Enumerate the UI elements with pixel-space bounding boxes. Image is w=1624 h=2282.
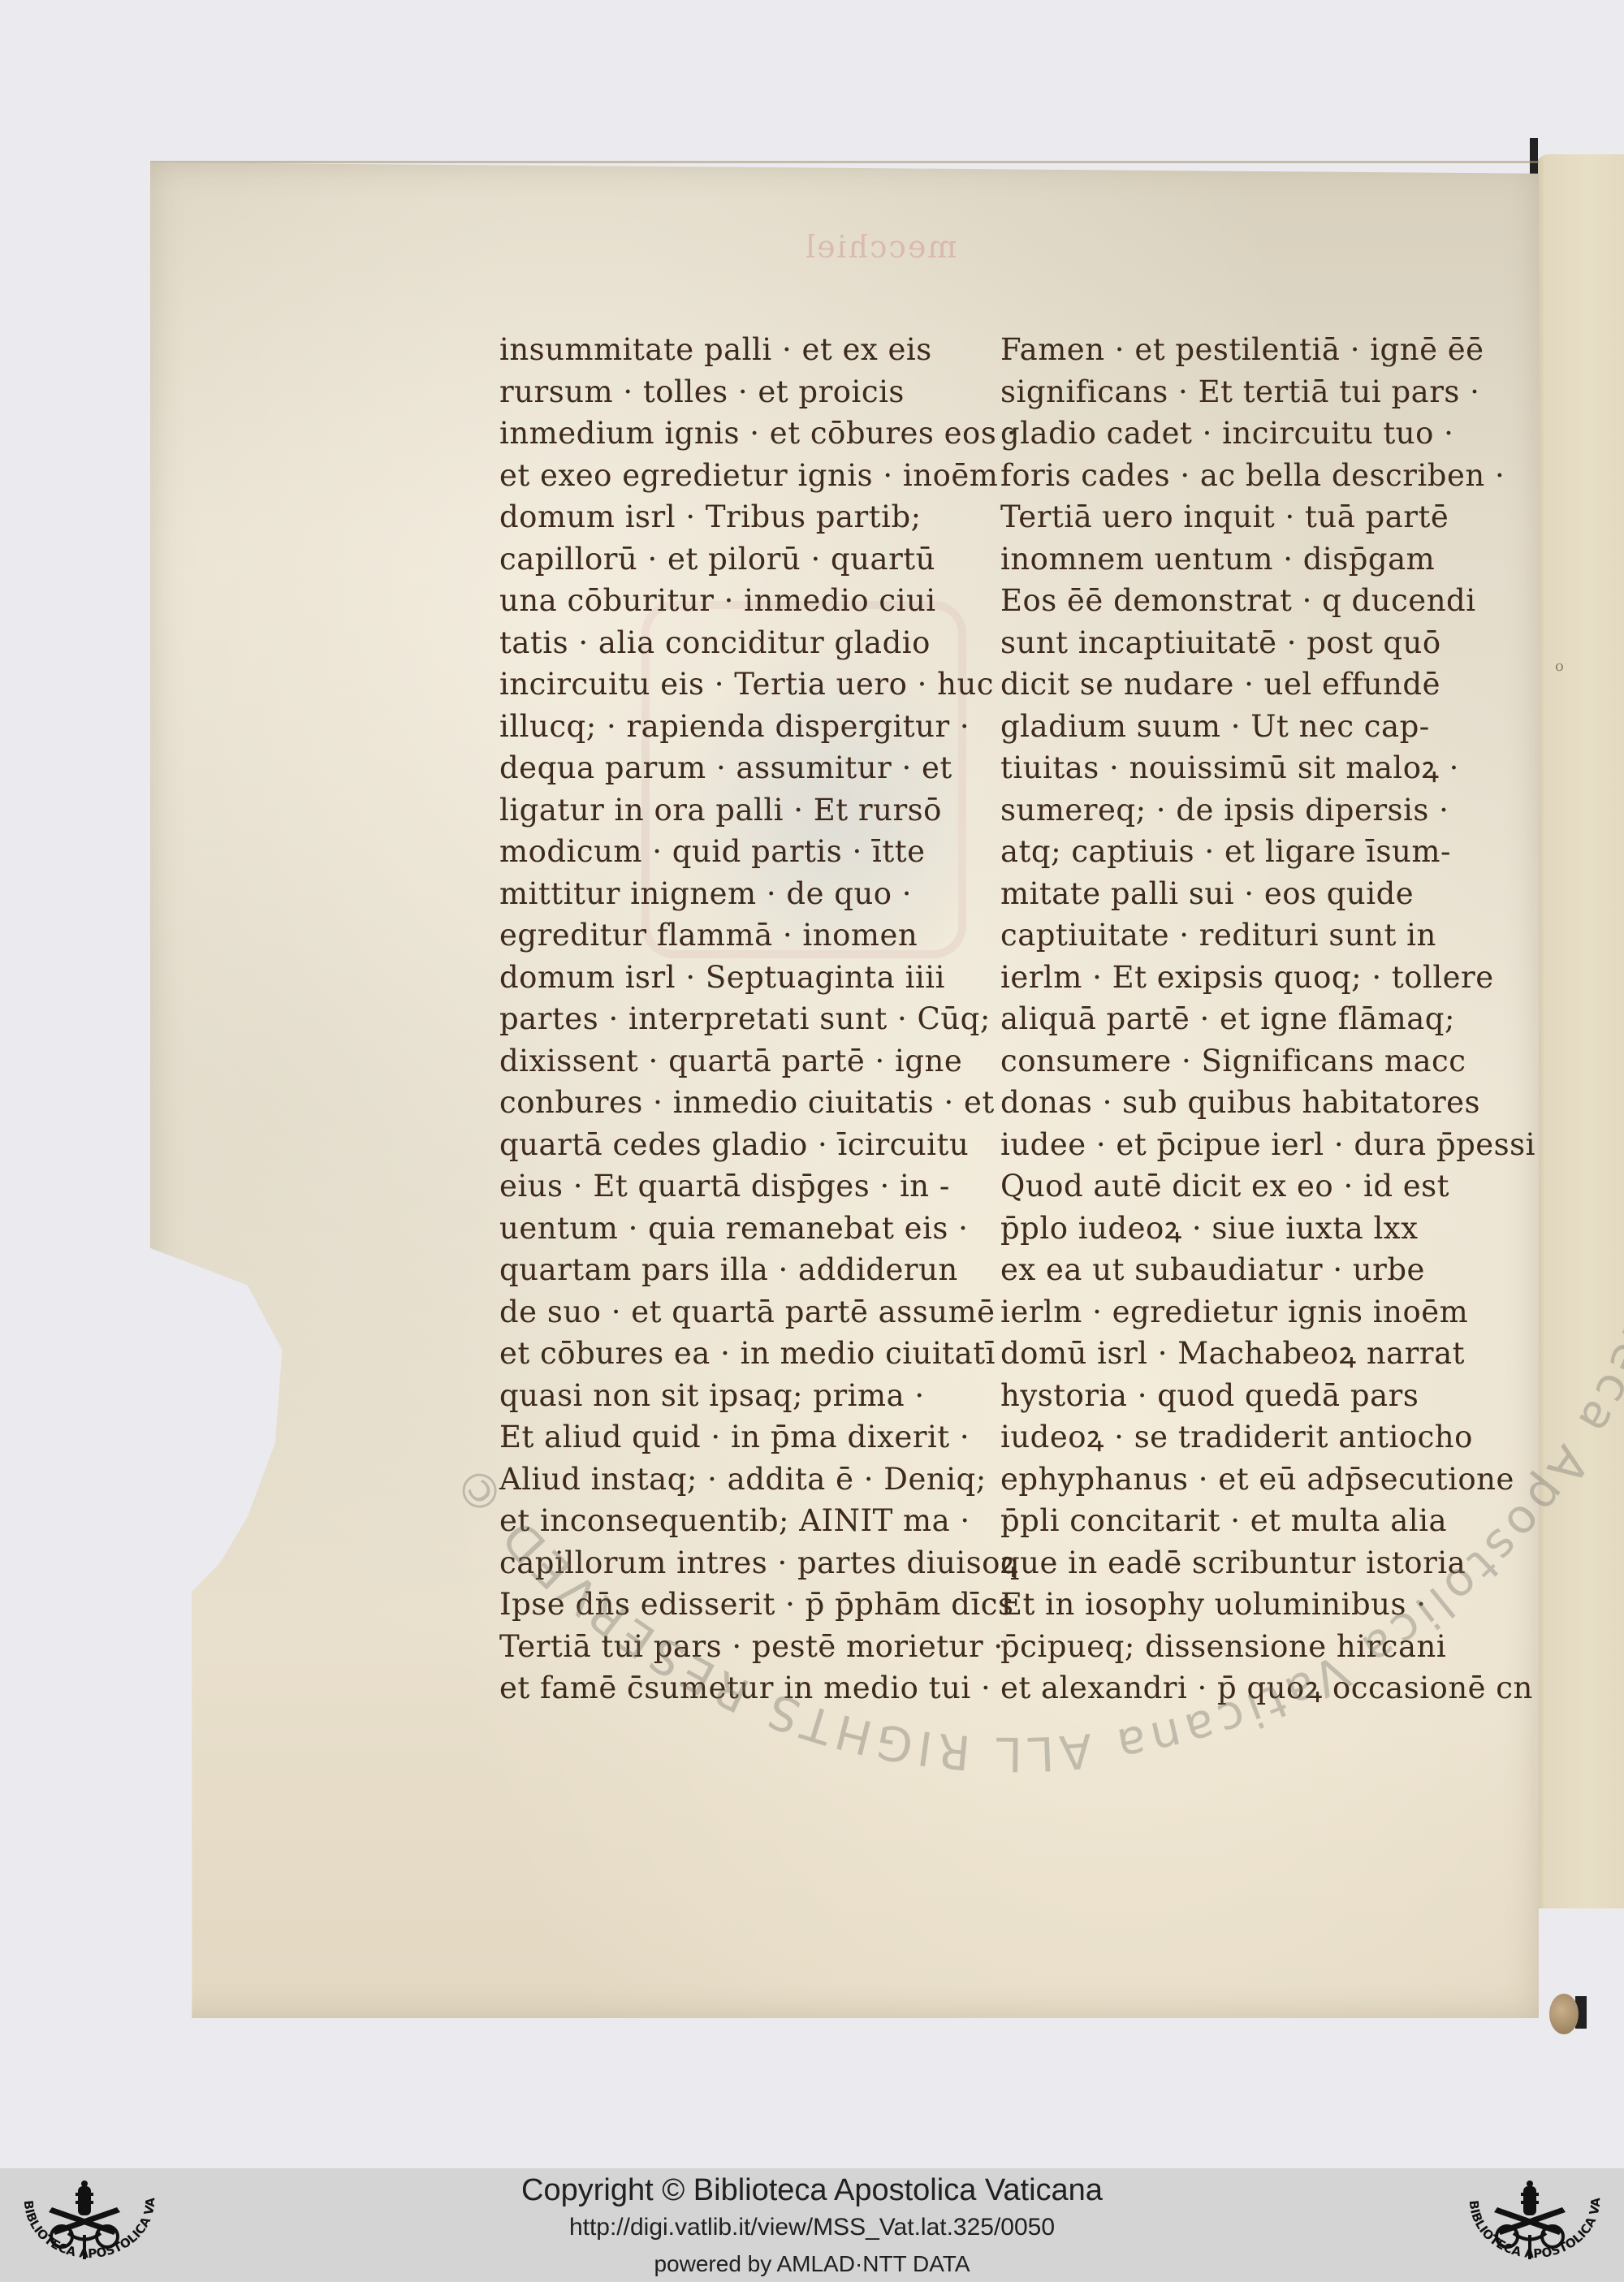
manuscript-line: domum isrl · Tribus partib; [499, 496, 938, 538]
manuscript-line: insummitate palli · et ex eis [499, 329, 938, 371]
powered-by: powered by AMLAD·NTT DATA [0, 2251, 1624, 2277]
manuscript-line: p̄cipueq; dissensione hircani [1000, 1626, 1455, 1668]
manuscript-line: mitate palli sui · eos quide [1000, 873, 1455, 915]
manuscript-line: aliquā partē · et igne flāmaq; [1000, 998, 1455, 1040]
text-column-left: insummitate palli · et ex eisrursum · to… [499, 329, 938, 1709]
manuscript-line: ierlm · Et exipsis quoq; · tollere [1000, 957, 1455, 999]
manuscript-line: ligatur in ora palli · Et rursō [499, 789, 938, 832]
binding-shadow [1530, 138, 1538, 179]
manuscript-line: eius · Et quartā disp̄ges · in - [499, 1165, 938, 1208]
manuscript-line: p̄pli concitarit · et multa alia [1000, 1500, 1455, 1542]
manuscript-line: ex ea ut subaudiatur · urbe [1000, 1249, 1455, 1291]
svg-text:BIBLIOTECA APOSTOLICA VATICANA: BIBLIOTECA APOSTOLICA VATICANA [0, 2168, 158, 2261]
manuscript-line: quartam pars illa · addiderun [499, 1249, 938, 1291]
manuscript-line: incircuitu eis · Tertia uero · huc [499, 663, 938, 706]
manuscript-line: et cōbures ea · in medio ciuitatī [499, 1333, 938, 1375]
manuscript-line: Tertiā tui pars · pestē morietur · [499, 1626, 938, 1668]
manuscript-line: quartā cedes gladio · īcircuitu [499, 1124, 938, 1166]
manuscript-line: consumere · Significans macc [1000, 1040, 1455, 1083]
manuscript-line: significans · Et tertiā tui pars · [1000, 371, 1455, 413]
manuscript-line: una cōburitur · inmedio ciui [499, 580, 938, 622]
vatican-library-logo-left: BIBLIOTECA APOSTOLICA VATICANA [0, 2168, 179, 2282]
manuscript-line: Quod autē dicit ex eo · id est [1000, 1165, 1455, 1208]
manuscript-line: Et aliud quid · in p̄ma dixerit · [499, 1416, 938, 1459]
manuscript-line: Ipse dn̄s edisserit · p̄ p̄phām dīcs [499, 1584, 938, 1626]
manuscript-line: sumereq; · de ipsis dipersis · [1000, 789, 1455, 832]
folio-top-edge [150, 161, 1539, 163]
manuscript-line: dicit se nudare · uel effundē [1000, 663, 1455, 706]
manuscript-line: modicum · quid partis · ītte [499, 831, 938, 873]
manuscript-line: et alexandri · p̄ quoꝝ occasionē cn [1000, 1667, 1455, 1709]
manuscript-line: Famen · et pestilentiā · ignē ēē [1000, 329, 1455, 371]
manuscript-line: et famē c̄sumetur in medio tui · [499, 1667, 938, 1709]
manuscript-line: foris cades · ac bella describen · [1000, 455, 1455, 497]
manuscript-line: de suo · et quartā partē assumē [499, 1291, 938, 1333]
next-folio-mark: o [1555, 658, 1564, 675]
manuscript-line: domum isrl · Septuaginta iiii [499, 957, 938, 999]
manuscript-line: ephyphanus · et eū adp̄secutione [1000, 1459, 1455, 1501]
manuscript-line: et inconsequentib; AINIT ma · [499, 1500, 938, 1542]
logo-text: BIBLIOTECA APOSTOLICA VATICANA [0, 2168, 158, 2261]
manuscript-line: Et in iosophy uoluminibus · [1000, 1584, 1455, 1626]
manuscript-line: egreditur flammā · inomen [499, 914, 938, 957]
manuscript-line: rursum · tolles · et proicis [499, 371, 938, 413]
manuscript-line: capillorū · et pilorū · quartū [499, 538, 938, 581]
manuscript-line: captiuitate · redituri sunt in [1000, 914, 1455, 957]
manuscript-line: p̄plo iudeoꝝ · siue iuxta lxx [1000, 1208, 1455, 1250]
logo-text: BIBLIOTECA APOSTOLICA VATICANA [1445, 2168, 1603, 2261]
manuscript-line: Eos ēē demonstrat · q ducendi [1000, 580, 1455, 622]
manuscript-line: iudee · et p̄cipue ierl · dura p̄pessi [1000, 1124, 1455, 1166]
manuscript-line: tiuitas · nouissimū sit maloꝝ · [1000, 747, 1455, 789]
manuscript-line: gladio cadet · incircuitu tuo · [1000, 413, 1455, 455]
copyright-notice: Copyright © Biblioteca Apostolica Vatica… [0, 2173, 1624, 2208]
text-column-right: Famen · et pestilentiā · ignē ēēsignific… [1000, 329, 1455, 1709]
manuscript-line: domū isrl · Machabeoꝝ narrat [1000, 1333, 1455, 1375]
manuscript-viewer: o mecchiel insummitate palli · et ex eis… [0, 0, 1624, 2168]
manuscript-line: illucq; · rapienda dispergitur · [499, 706, 938, 748]
manuscript-line: et exeo egredietur ignis · inoēm [499, 455, 938, 497]
manuscript-line: inmedium ignis · et cōbures eos · [499, 413, 938, 455]
manuscript-line: tatis · alia conciditur gladio [499, 622, 938, 664]
manuscript-line: uentum · quia remanebat eis · [499, 1208, 938, 1250]
manuscript-line: Tertiā uero inquit · tuā partē [1000, 496, 1455, 538]
manuscript-line: hystoria · quod quedā pars [1000, 1375, 1455, 1417]
manuscript-line: mittitur inignem · de quo · [499, 873, 938, 915]
manuscript-line: inomnem uentum · disp̄gam [1000, 538, 1455, 581]
manuscript-line: dequa parum · assumitur · et [499, 747, 938, 789]
svg-text:BIBLIOTECA APOSTOLICA VATICANA: BIBLIOTECA APOSTOLICA VATICANA [1445, 2168, 1603, 2261]
manuscript-line: ierlm · egredietur ignis inoēm [1000, 1291, 1455, 1333]
manuscript-line: atq; captiuis · et ligare īsum- [1000, 831, 1455, 873]
manuscript-line: quasi non sit ipsaq; prima · [499, 1375, 938, 1417]
manuscript-line: capillorum intres · partes diuisoꝝ [499, 1542, 938, 1584]
manuscript-line: conbures · inmedio ciuitatis · et [499, 1082, 938, 1124]
manuscript-line: gladium suum · Ut nec cap- [1000, 706, 1455, 748]
footer: Copyright © Biblioteca Apostolica Vatica… [0, 2168, 1624, 2282]
manuscript-line: Aliud instaq; · addita ē · Deniq; [499, 1459, 938, 1501]
manuscript-line: que in eadē scribuntur istoria [1000, 1542, 1455, 1584]
next-folio-edge [1535, 154, 1624, 1908]
manuscript-line: iudeoꝝ · se tradiderit antiocho [1000, 1416, 1455, 1459]
manuscript-line: donas · sub quibus habitatores [1000, 1082, 1455, 1124]
manuscript-line: partes · interpretati sunt · Cūq; [499, 998, 938, 1040]
vatican-library-logo-right: BIBLIOTECA APOSTOLICA VATICANA [1445, 2168, 1624, 2282]
manuscript-line: sunt incaptiuitatē · post quō [1000, 622, 1455, 664]
manuscript-line: dixissent · quartā partē · igne [499, 1040, 938, 1083]
show-through-rubric: mecchiel [804, 229, 957, 265]
permalink-url[interactable]: http://digi.vatlib.it/view/MSS_Vat.lat.3… [0, 2214, 1624, 2241]
binding-knot [1549, 1994, 1579, 2034]
